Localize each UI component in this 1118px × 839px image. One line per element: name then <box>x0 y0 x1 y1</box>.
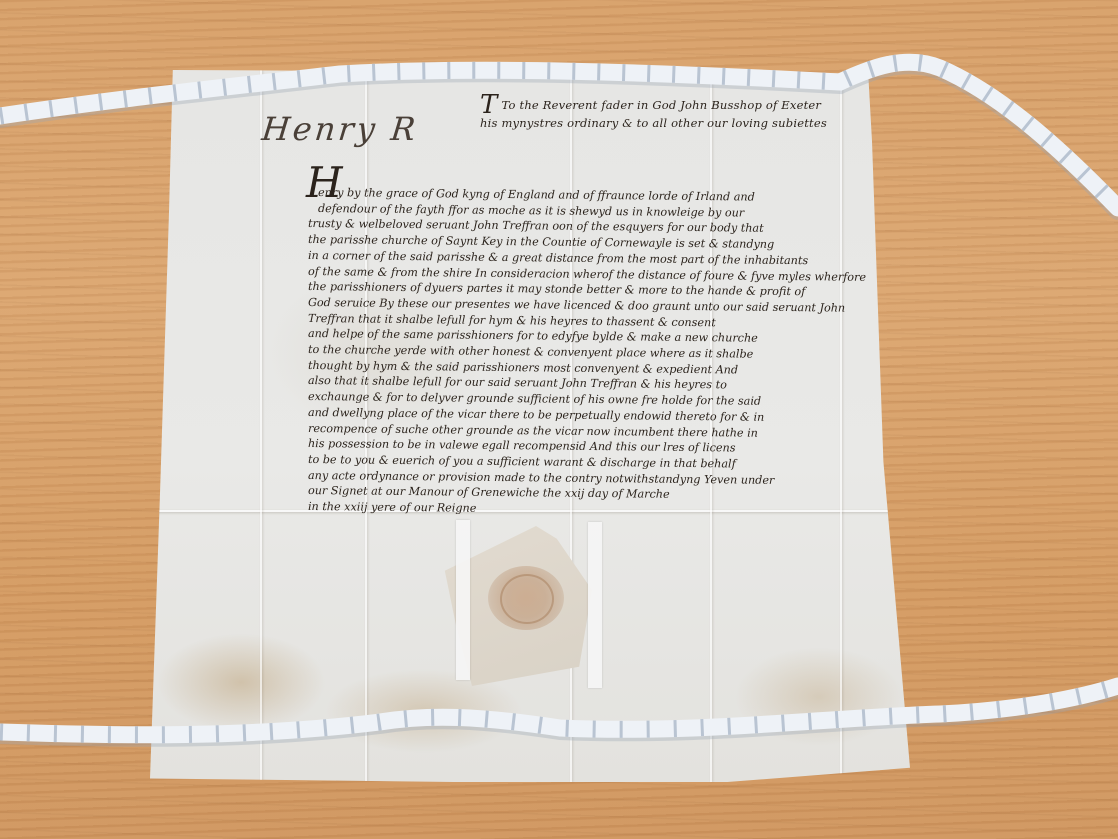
parchment-document: Henry R TTo the Reverent fader in God Jo… <box>150 70 910 782</box>
address-line-2: his mynystres ordinary & to all other ou… <box>480 116 827 130</box>
tape-strip-right <box>588 522 602 688</box>
address-text: To the Reverent fader in God John Bussho… <box>502 98 822 112</box>
fold-line <box>260 70 262 782</box>
letter-body: enry by the grace of God kyng of England… <box>318 185 878 515</box>
royal-signature: Henry R <box>260 110 420 148</box>
wax-seal-ring <box>500 574 554 624</box>
tape-strip-left <box>456 520 470 680</box>
